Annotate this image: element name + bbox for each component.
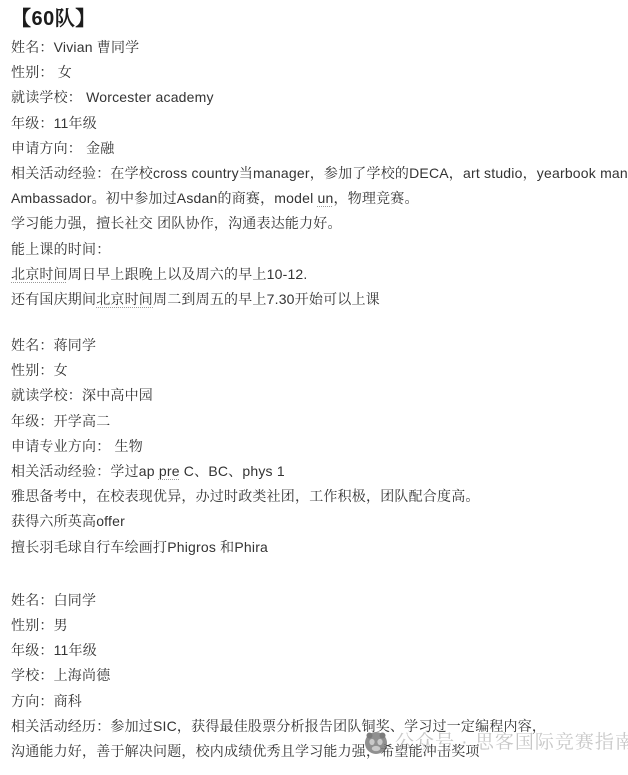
profile-line: 就读学校：深中高中园 xyxy=(11,383,620,408)
profile-line: 相关活动经验：学过ap pre C、BC、phys 1 xyxy=(11,459,620,484)
profile-line: 姓名：白同学 xyxy=(11,588,620,613)
profile-line: 申请专业方向： 生物 xyxy=(11,434,620,459)
profile-line: 申请方向： 金融 xyxy=(11,136,620,161)
profile-line: 沟通能力好，善于解决问题，校内成绩优秀且学习能力强，希望能冲击奖项 xyxy=(11,739,620,764)
student-profile-2: 姓名：蒋同学性别：女就读学校：深中高中园年级：开学高二申请专业方向： 生物相关活… xyxy=(11,333,620,560)
student-profile-1: 姓名：Vivian 曹同学性别： 女就读学校： Worcester academ… xyxy=(11,35,620,312)
profile-line: 方向：商科 xyxy=(11,689,620,714)
spellcheck-underline: un xyxy=(318,190,334,206)
profile-line: 雅思备考中，在校表现优异，办过时政类社团，工作积极，团队配合度高。 xyxy=(11,484,620,509)
profile-line: 学校：上海尚德 xyxy=(11,663,620,688)
student-profiles: 姓名：Vivian 曹同学性别： 女就读学校： Worcester academ… xyxy=(11,35,620,764)
profile-line: 还有国庆期间北京时间周二到周五的早上7.30开始可以上课 xyxy=(11,287,620,312)
spellcheck-underline: 北京时间 xyxy=(96,291,153,307)
profile-line: 姓名：蒋同学 xyxy=(11,333,620,358)
profile-line: Ambassador。初中参加过Asdan的商赛，model un，物理竞赛。 xyxy=(11,186,620,211)
profile-line: 获得六所英高offer xyxy=(11,509,620,534)
spellcheck-underline: pre xyxy=(159,463,180,479)
profile-line: 能上课的时间： xyxy=(11,237,620,262)
profile-line: 相关活动经历：参加过SIC，获得最佳股票分析报告团队铜奖、学习过一定编程内容， xyxy=(11,714,620,739)
profile-line: 北京时间周日早上跟晚上以及周六的早上10-12. xyxy=(11,262,620,287)
team-title: 【60队】 xyxy=(11,7,620,31)
profile-line: 姓名：Vivian 曹同学 xyxy=(11,35,620,60)
profile-line: 年级：11年级 xyxy=(11,111,620,136)
profile-line: 就读学校： Worcester academy xyxy=(11,85,620,110)
profile-line: 年级：开学高二 xyxy=(11,409,620,434)
profile-line: 相关活动经验：在学校cross country当manager，参加了学校的DE… xyxy=(11,161,620,186)
profile-line: 年级：11年级 xyxy=(11,638,620,663)
student-profile-3: 姓名：白同学性别：男年级：11年级学校：上海尚德方向：商科相关活动经历：参加过S… xyxy=(11,588,620,764)
profile-line: 性别：女 xyxy=(11,358,620,383)
article-body: 【60队】 姓名：Vivian 曹同学性别： 女就读学校： Worcester … xyxy=(0,0,628,775)
profile-line: 学习能力强，擅长社交 团队协作，沟通表达能力好。 xyxy=(11,211,620,236)
spellcheck-underline: 北京时间 xyxy=(11,266,68,282)
profile-line: 擅长羽毛球自行车绘画打Phigros 和Phira xyxy=(11,535,620,560)
profile-line: 性别： 女 xyxy=(11,60,620,85)
profile-line: 性别：男 xyxy=(11,613,620,638)
